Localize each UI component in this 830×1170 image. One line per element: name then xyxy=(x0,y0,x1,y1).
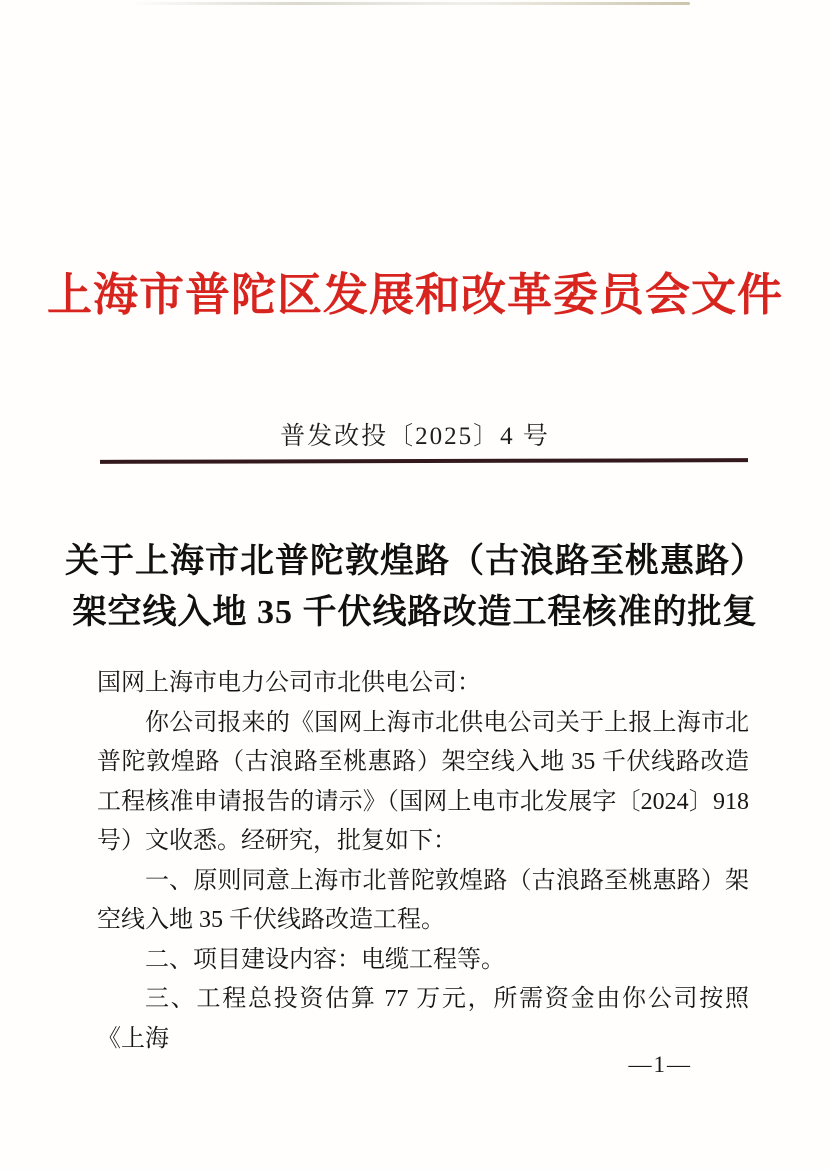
salutation-line: 国网上海市电力公司市北供电公司： xyxy=(97,664,749,704)
document-title: 关于上海市北普陀敦煌路（古浪路至桃惠路） 架空线入地 35 千伏线路改造工程核准… xyxy=(55,536,775,638)
document-title-line1: 关于上海市北普陀敦煌路（古浪路至桃惠路） xyxy=(55,536,775,587)
body-paragraph-2: 一、原则同意上海市北普陀敦煌路（古浪路至桃惠路）架空线入地 35 千伏线路改造工… xyxy=(97,862,749,941)
document-page: 上海市普陀区发展和改革委员会文件 普发改投〔2025〕4 号 关于上海市北普陀敦… xyxy=(0,0,830,1170)
document-title-line2: 架空线入地 35 千伏线路改造工程核准的批复 xyxy=(55,587,775,638)
body-paragraph-1: 你公司报来的《国网上海市北供电公司关于上报上海市北普陀敦煌路（古浪路至桃惠路）架… xyxy=(97,704,749,862)
body-paragraph-3: 二、项目建设内容：电缆工程等。 xyxy=(97,941,749,981)
document-body: 国网上海市电力公司市北供电公司： 你公司报来的《国网上海市北供电公司关于上报上海… xyxy=(97,664,749,1059)
scan-artifact xyxy=(130,2,690,5)
document-number: 普发改投〔2025〕4 号 xyxy=(0,416,830,452)
header-divider-line xyxy=(100,458,748,464)
agency-header-title: 上海市普陀区发展和改革委员会文件 xyxy=(0,258,830,323)
body-paragraph-4: 三、工程总投资估算 77 万元，所需资金由你公司按照《上海 xyxy=(97,980,749,1059)
page-number: —1— xyxy=(629,1052,693,1078)
